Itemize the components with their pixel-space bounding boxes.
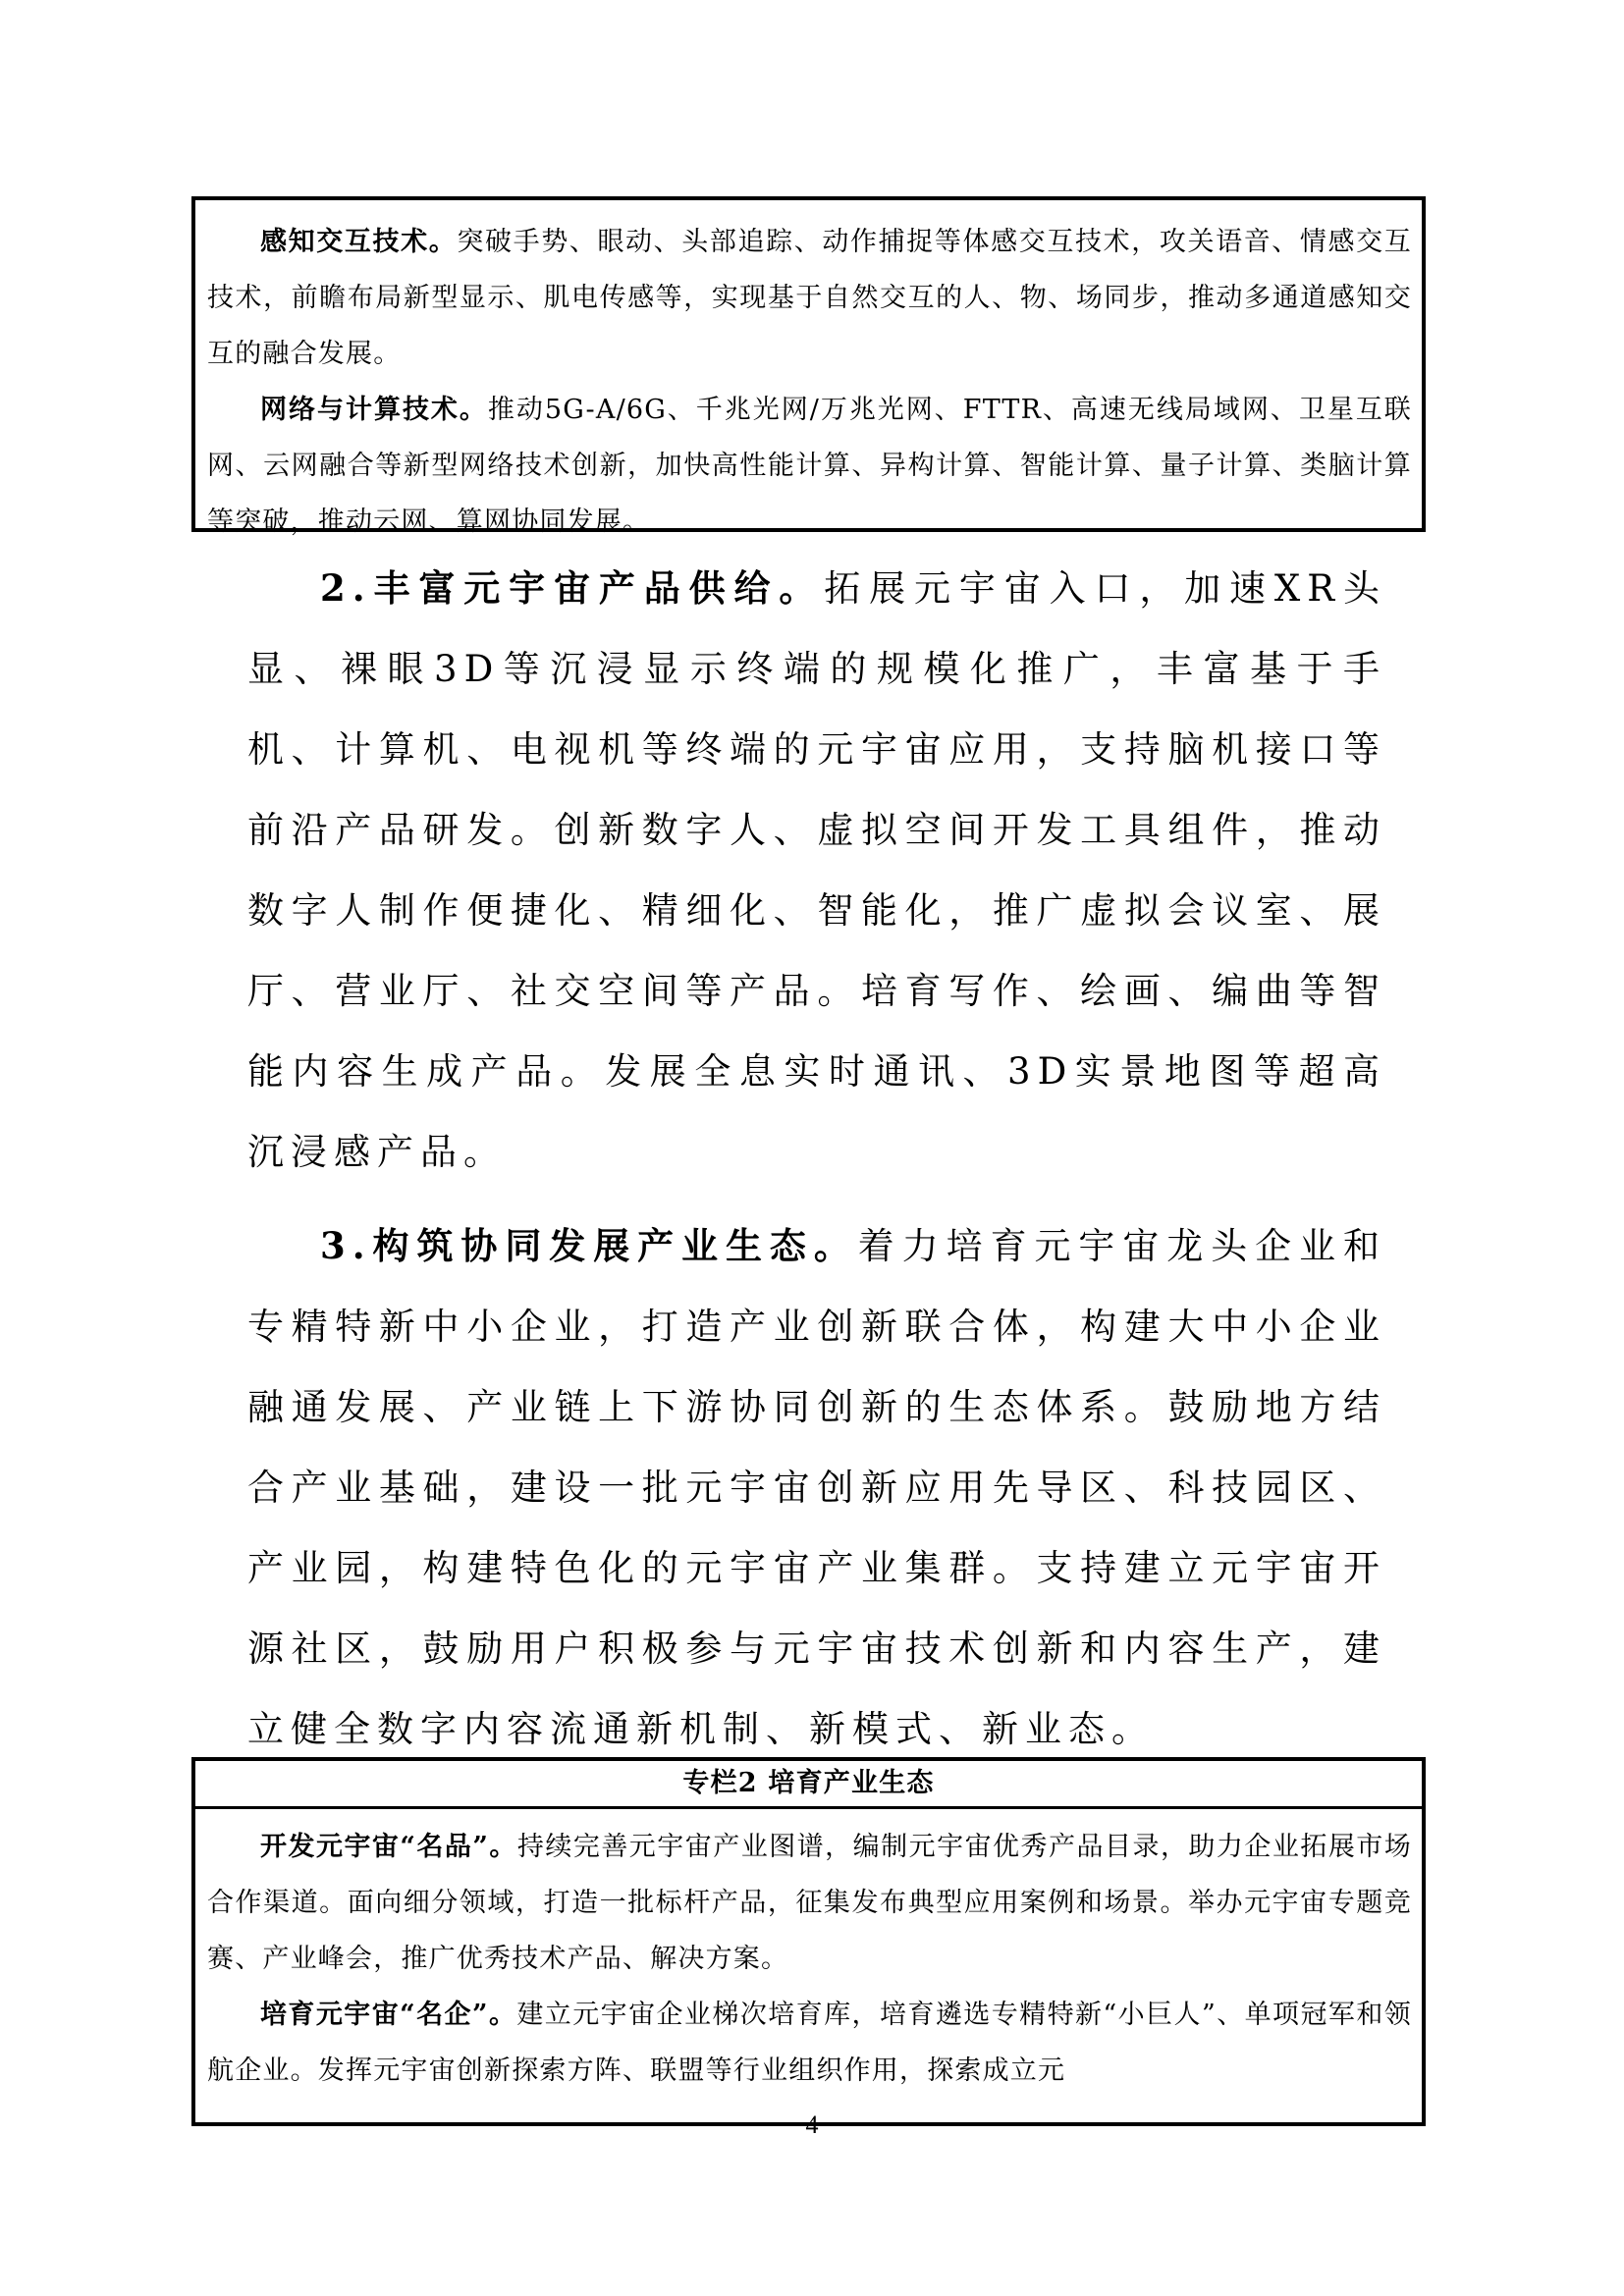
section-paragraph: 2.丰富元宇宙产品供给。拓展元宇宙入口，加速XR头显、裸眼3D等沉浸显示终端的规… <box>247 548 1386 1193</box>
paragraph-famous-products: 开发元宇宙“名品”。持续完善元宇宙产业图谱，编制元宇宙优秀产品目录，助力企业拓展… <box>207 1819 1412 1987</box>
section-title: 3.构筑协同发展产业生态。 <box>320 1224 858 1267</box>
paragraph-title: 感知交互技术。 <box>260 227 457 257</box>
section-paragraph: 3.构筑协同发展产业生态。着力培育元宇宙龙头企业和专精特新中小企业，打造产业创新… <box>247 1205 1386 1770</box>
paragraph-perception-interaction: 感知交互技术。突破手势、眼动、头部追踪、动作捕捉等体感交互技术，攻关语音、情感交… <box>207 214 1412 382</box>
section-title: 2.丰富元宇宙产品供给。 <box>320 566 824 610</box>
paragraph-famous-enterprises: 培育元宇宙“名企”。建立元宇宙企业梯次培育库，培育遴选专精特新“小巨人”、单项冠… <box>207 1987 1412 2099</box>
page-number: 4 <box>0 2110 1624 2140</box>
section-industry-ecosystem: 3.构筑协同发展产业生态。着力培育元宇宙龙头企业和专精特新中小企业，打造产业创新… <box>247 1205 1386 1770</box>
sidebar-box-ecosystem: 专栏2 培育产业生态 开发元宇宙“名品”。持续完善元宇宙产业图谱，编制元宇宙优秀… <box>191 1757 1426 2126</box>
box-body: 开发元宇宙“名品”。持续完善元宇宙产业图谱，编制元宇宙优秀产品目录，助力企业拓展… <box>195 1809 1422 2099</box>
section-product-supply: 2.丰富元宇宙产品供给。拓展元宇宙入口，加速XR头显、裸眼3D等沉浸显示终端的规… <box>247 548 1386 1193</box>
section-text: 拓展元宇宙入口，加速XR头显、裸眼3D等沉浸显示终端的规模化推广，丰富基于手机、… <box>247 567 1386 1173</box>
sidebar-box-technologies: 感知交互技术。突破手势、眼动、头部追踪、动作捕捉等体感交互技术，攻关语音、情感交… <box>191 196 1426 532</box>
box-header: 专栏2 培育产业生态 <box>195 1761 1422 1809</box>
paragraph-title: 培育元宇宙“名企”。 <box>260 2000 516 2030</box>
section-text: 着力培育元宇宙龙头企业和专精特新中小企业，打造产业创新联合体，构建大中小企业融通… <box>247 1225 1386 1750</box>
paragraph-network-computing: 网络与计算技术。推动5G-A/6G、千兆光网/万兆光网、FTTR、高速无线局域网… <box>207 382 1412 550</box>
paragraph-title: 网络与计算技术。 <box>260 395 488 425</box>
paragraph-title: 开发元宇宙“名品”。 <box>260 1832 517 1862</box>
